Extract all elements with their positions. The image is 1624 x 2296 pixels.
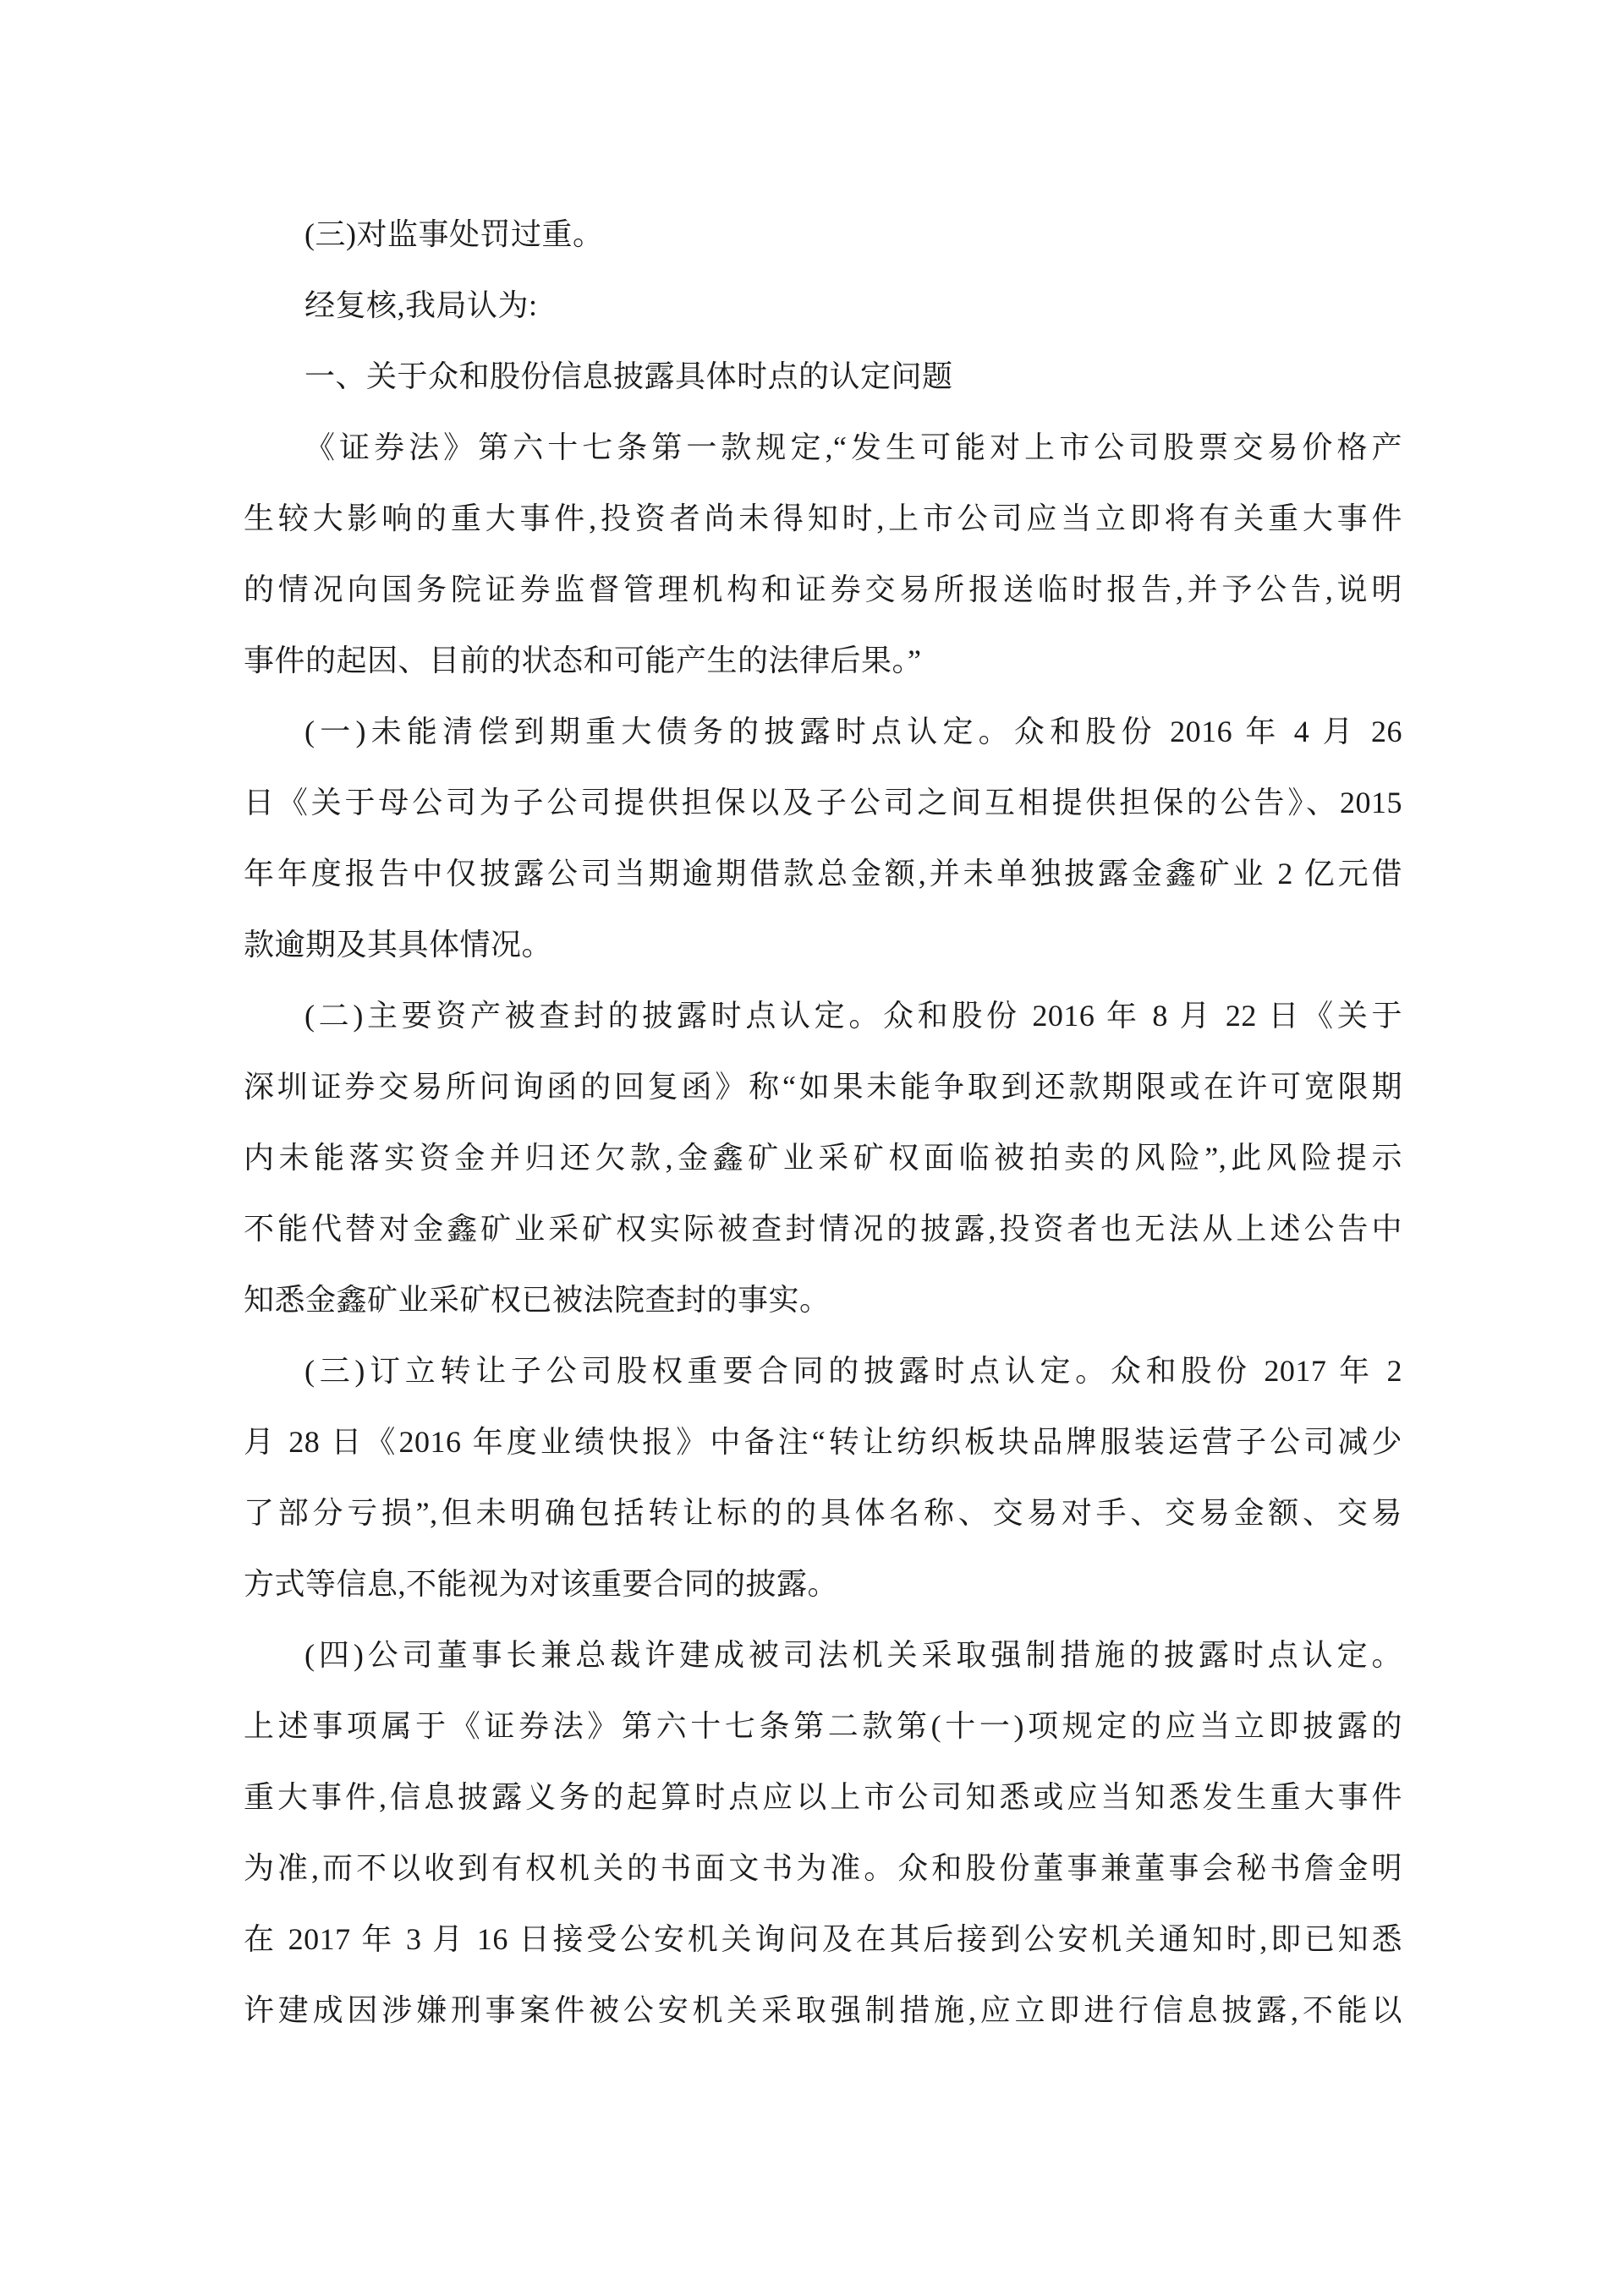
text-line: 重大事件,信息披露义务的起算时点应以上市公司知悉或应当知悉发生重大事件 [244, 1762, 1402, 1833]
text-line: 月 28 日《2016 年度业绩快报》中备注“转让纺织板块品牌服装运营子公司减少 [244, 1406, 1402, 1477]
text-line: 《证券法》第六十七条第一款规定,“发生可能对上市公司股票交易价格产 [244, 412, 1402, 483]
text-line: 上述事项属于《证券法》第六十七条第二款第(十一)项规定的应当立即披露的 [244, 1690, 1402, 1762]
text-line: 日《关于母公司为子公司提供担保以及子公司之间互相提供担保的公告》、2015 [244, 767, 1402, 838]
document-body: (三)对监事处罚过重。经复核,我局认为:一、关于众和股份信息披露具体时点的认定问… [244, 199, 1402, 2046]
text-line: (三)订立转让子公司股权重要合同的披露时点认定。众和股份 2017 年 2 [244, 1335, 1402, 1406]
text-line: 事件的起因、目前的状态和可能产生的法律后果。” [244, 625, 1402, 696]
text-line: 内未能落实资金并归还欠款,金鑫矿业采矿权面临被拍卖的风险”,此风险提示 [244, 1122, 1402, 1193]
text-line: (一)未能清偿到期重大债务的披露时点认定。众和股份 2016 年 4 月 26 [244, 696, 1402, 767]
text-line: 方式等信息,不能视为对该重要合同的披露。 [244, 1548, 1402, 1619]
text-line: 年年度报告中仅披露公司当期逾期借款总金额,并未单独披露金鑫矿业 2 亿元借 [244, 838, 1402, 909]
text-line: 在 2017 年 3 月 16 日接受公安机关询问及在其后接到公安机关通知时,即… [244, 1904, 1402, 1975]
text-line: 的情况向国务院证券监督管理机构和证券交易所报送临时报告,并予公告,说明 [244, 554, 1402, 625]
text-line: 知悉金鑫矿业采矿权已被法院查封的事实。 [244, 1264, 1402, 1335]
text-line: 为准,而不以收到有权机关的书面文书为准。众和股份董事兼董事会秘书詹金明 [244, 1833, 1402, 1904]
text-line: (三)对监事处罚过重。 [244, 199, 1402, 270]
text-line: 生较大影响的重大事件,投资者尚未得知时,上市公司应当立即将有关重大事件 [244, 483, 1402, 554]
text-line: 一、关于众和股份信息披露具体时点的认定问题 [244, 341, 1402, 412]
text-line: 经复核,我局认为: [244, 270, 1402, 341]
document-page: (三)对监事处罚过重。经复核,我局认为:一、关于众和股份信息披露具体时点的认定问… [0, 0, 1624, 2296]
text-line: (四)公司董事长兼总裁许建成被司法机关采取强制措施的披露时点认定。 [244, 1619, 1402, 1690]
text-line: 许建成因涉嫌刑事案件被公安机关采取强制措施,应立即进行信息披露,不能以 [244, 1975, 1402, 2046]
text-line: 不能代替对金鑫矿业采矿权实际被查封情况的披露,投资者也无法从上述公告中 [244, 1193, 1402, 1264]
text-line: (二)主要资产被查封的披露时点认定。众和股份 2016 年 8 月 22 日《关… [244, 980, 1402, 1051]
text-line: 深圳证券交易所问询函的回复函》称“如果未能争取到还款期限或在许可宽限期 [244, 1051, 1402, 1122]
text-line: 了部分亏损”,但未明确包括转让标的的具体名称、交易对手、交易金额、交易 [244, 1477, 1402, 1548]
text-line: 款逾期及其具体情况。 [244, 909, 1402, 980]
